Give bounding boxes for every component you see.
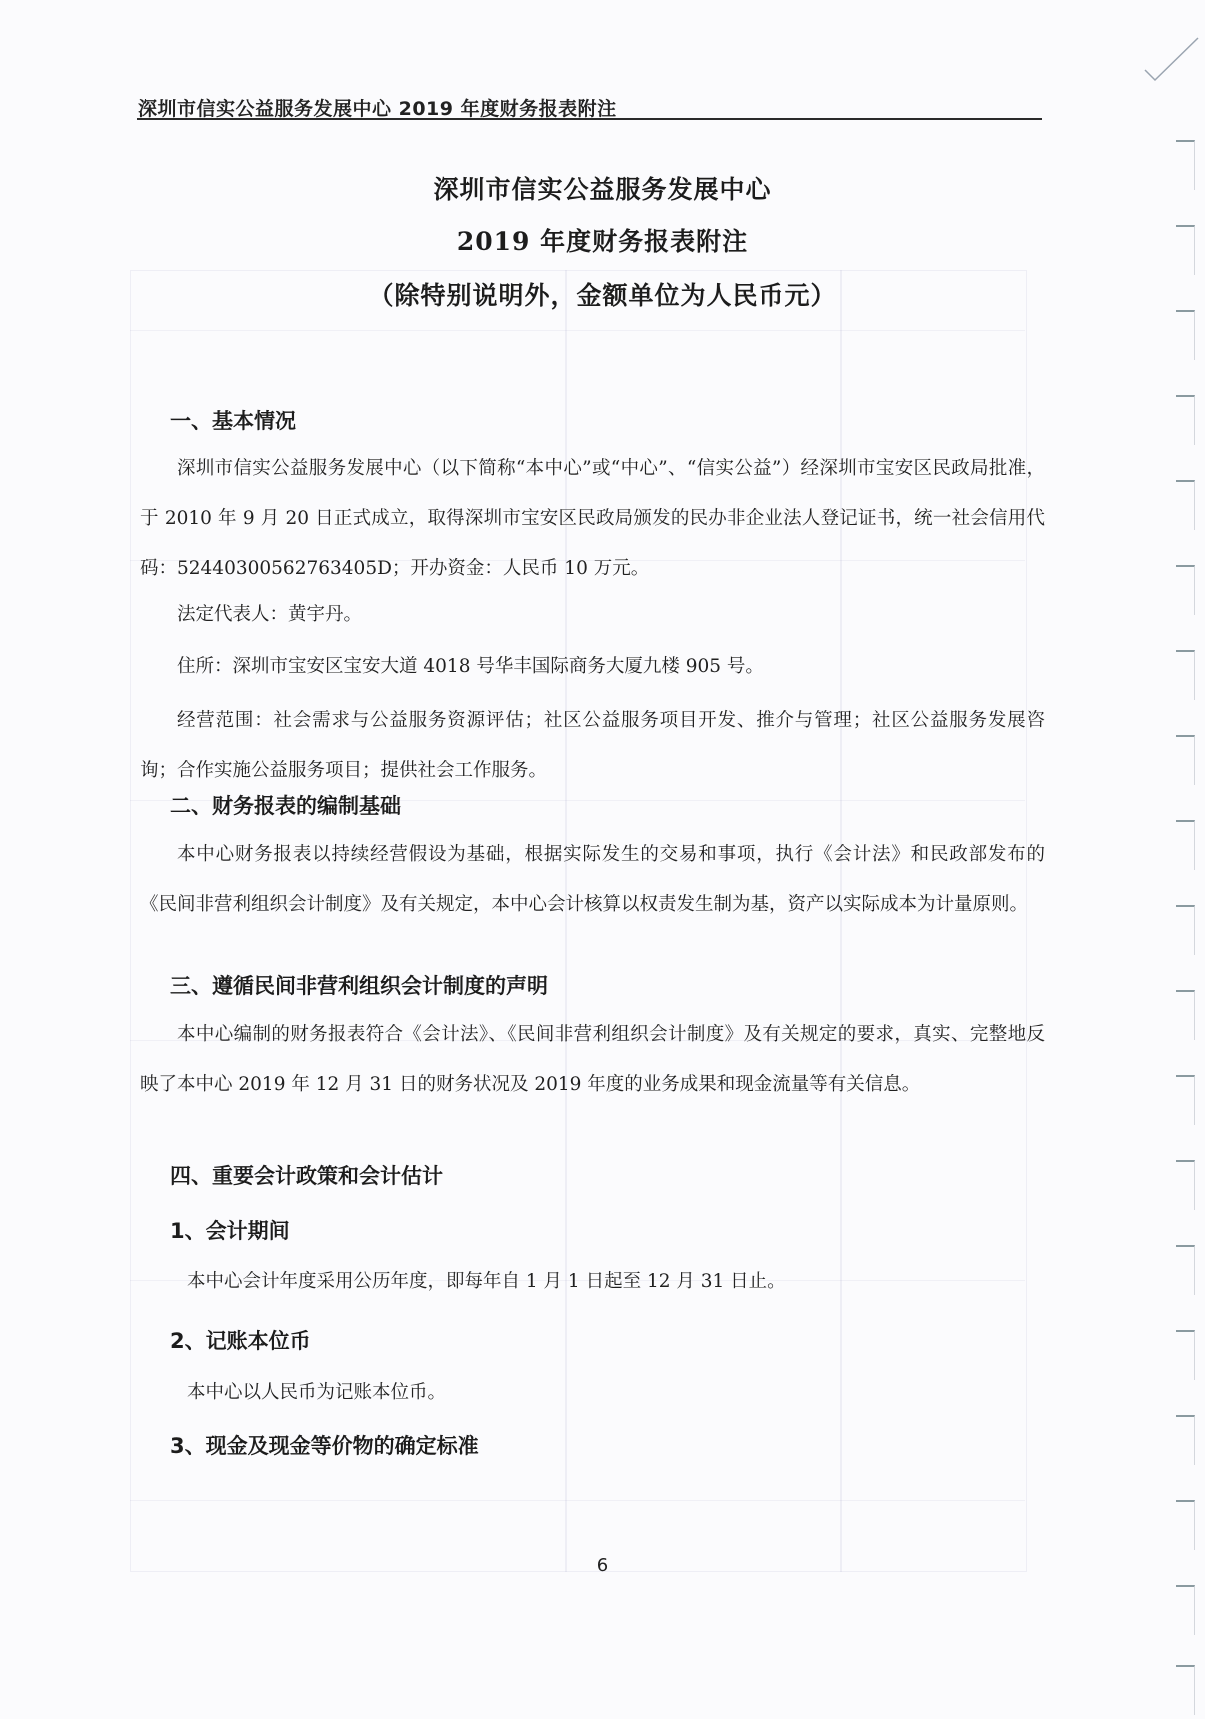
binding-hole-mark [1176,1245,1195,1295]
section-heading-accounting-policies: 四、重要会计政策和会计估计 [170,1160,443,1190]
subsection-heading-functional-currency: 2、记账本位币 [170,1325,311,1355]
paragraph-org-registration: 深圳市信实公益服务发展中心（以下简称“本中心”或“中心”、“信实公益”）经深圳市… [140,444,1045,594]
document-title-org: 深圳市信实公益服务发展中心 [0,170,1205,206]
binding-hole-mark [1176,1415,1195,1465]
document-title-report: 2019 年度财务报表附注 [0,222,1205,258]
paragraph-accounting-period: 本中心会计年度采用公历年度，即每年自 1 月 1 日起至 12 月 31 日止。 [187,1257,1092,1307]
page-number: 6 [0,1555,1205,1576]
header-rule [137,118,1042,120]
section-heading-preparation-basis: 二、财务报表的编制基础 [170,790,401,820]
running-header: 深圳市信实公益服务发展中心 2019 年度财务报表附注 [138,94,617,121]
binding-hole-mark [1176,820,1195,870]
binding-hole-mark [1176,480,1195,530]
binding-hole-mark [1176,1665,1195,1715]
subsection-heading-accounting-period: 1、会计期间 [170,1215,290,1245]
binding-hole-mark [1176,905,1195,955]
binding-hole-mark [1176,1500,1195,1550]
binding-hole-mark [1176,395,1195,445]
binding-hole-mark [1176,1075,1195,1125]
binding-hole-mark [1176,1585,1195,1635]
bleed-through-row [130,330,1025,331]
paragraph-functional-currency: 本中心以人民币为记账本位币。 [187,1368,1092,1418]
document-page: 深圳市信实公益服务发展中心 2019 年度财务报表附注 深圳市信实公益服务发展中… [0,0,1205,1719]
binding-hole-mark [1176,650,1195,700]
paragraph-preparation-basis: 本中心财务报表以持续经营假设为基础，根据实际发生的交易和事项，执行《会计法》和民… [140,830,1045,930]
document-subtitle-currency: （除特别说明外，金额单位为人民币元） [0,276,1205,312]
paragraph-business-scope: 经营范围：社会需求与公益服务资源评估；社区公益服务项目开发、推介与管理；社区公益… [140,696,1045,796]
section-heading-basic-info: 一、基本情况 [170,405,296,435]
binding-hole-mark [1176,990,1195,1040]
binding-hole-mark [1176,565,1195,615]
binding-hole-mark [1176,310,1195,360]
subsection-heading-cash-equivalents: 3、现金及现金等价物的确定标准 [170,1430,479,1460]
bleed-through-row [130,1500,1025,1501]
binding-hole-mark [1176,735,1195,785]
paragraph-address: 住所：深圳市宝安区宝安大道 4018 号华丰国际商务大厦九楼 905 号。 [140,642,1045,692]
section-heading-compliance-statement: 三、遵循民间非营利组织会计制度的声明 [170,970,548,1000]
paragraph-legal-representative: 法定代表人：黄宇丹。 [140,590,1045,640]
binding-hole-mark [1176,1330,1195,1380]
check-mark-icon [1140,30,1200,90]
binding-hole-mark [1176,1160,1195,1210]
paragraph-compliance-statement: 本中心编制的财务报表符合《会计法》、《民间非营利组织会计制度》及有关规定的要求，… [140,1010,1045,1110]
